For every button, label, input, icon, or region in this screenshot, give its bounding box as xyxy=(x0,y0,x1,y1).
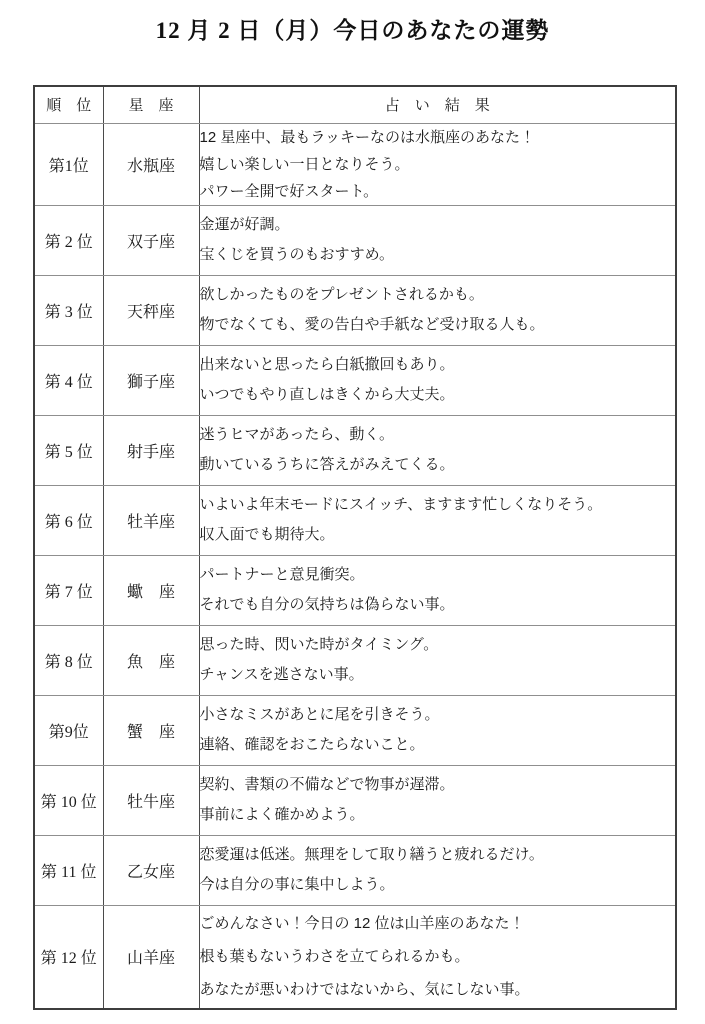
rank-cell: 第 7 位 xyxy=(34,555,103,625)
table-row: 第 6 位 牡羊座 いよいよ年末モードにスイッチ、ますます忙しくなりそう。 収入… xyxy=(34,485,676,555)
result-line: 欲しかったものをプレゼントされるかも。 xyxy=(200,280,676,310)
rank-cell: 第 11 位 xyxy=(34,835,103,905)
result-line: あなたが悪いわけではないから、気にしない事。 xyxy=(200,973,676,1006)
result-cell: 迷うヒマがあったら、動く。 動いているうちに答えがみえてくる。 xyxy=(199,415,676,485)
table-row: 第 5 位 射手座 迷うヒマがあったら、動く。 動いているうちに答えがみえてくる… xyxy=(34,415,676,485)
result-line: 収入面でも期待大。 xyxy=(200,520,676,550)
header-sign: 星 座 xyxy=(103,86,199,123)
sign-cell: 牡羊座 xyxy=(103,485,199,555)
rank-cell: 第9位 xyxy=(34,695,103,765)
fortune-table: 順 位 星 座 占 い 結 果 第1位 水瓶座 12 星座中、最もラッキーなのは… xyxy=(33,85,677,1010)
result-line: 12 星座中、最もラッキーなのは水瓶座のあなた！ xyxy=(200,124,676,151)
rank-cell: 第1位 xyxy=(34,123,103,205)
result-cell: 出来ないと思ったら白紙撤回もあり。 いつでもやり直しはきくから大丈夫。 xyxy=(199,345,676,415)
table-row: 第 7 位 蠍 座 パートナーと意見衝突。 それでも自分の気持ちは偽らない事。 xyxy=(34,555,676,625)
rank-cell: 第 5 位 xyxy=(34,415,103,485)
table-row: 第 11 位 乙女座 恋愛運は低迷。無理をして取り繕うと疲れるだけ。 今は自分の… xyxy=(34,835,676,905)
sign-cell: 獅子座 xyxy=(103,345,199,415)
sign-cell: 蠍 座 xyxy=(103,555,199,625)
result-line: それでも自分の気持ちは偽らない事。 xyxy=(200,590,676,620)
result-line: ごめんなさい！今日の 12 位は山羊座のあなた！ xyxy=(200,907,676,940)
result-line: 契約、書類の不備などで物事が遅滞。 xyxy=(200,770,676,800)
page-title: 12 月 2 日（月）今日のあなたの運勢 xyxy=(0,12,705,45)
result-cell: ごめんなさい！今日の 12 位は山羊座のあなた！ 根も葉もないうわさを立てられる… xyxy=(199,905,676,1009)
table-row: 第 3 位 天秤座 欲しかったものをプレゼントされるかも。 物でなくても、愛の告… xyxy=(34,275,676,345)
result-line: 小さなミスがあとに尾を引きそう。 xyxy=(200,700,676,730)
result-line: いつでもやり直しはきくから大丈夫。 xyxy=(200,380,676,410)
header-rank: 順 位 xyxy=(34,86,103,123)
rank-cell: 第 10 位 xyxy=(34,765,103,835)
result-cell: 12 星座中、最もラッキーなのは水瓶座のあなた！ 嬉しい楽しい一日となりそう。 … xyxy=(199,123,676,205)
rank-cell: 第 12 位 xyxy=(34,905,103,1009)
result-line: 迷うヒマがあったら、動く。 xyxy=(200,420,676,450)
result-line: いよいよ年末モードにスイッチ、ますます忙しくなりそう。 xyxy=(200,490,676,520)
header-result: 占 い 結 果 xyxy=(199,86,676,123)
result-line: 根も葉もないうわさを立てられるかも。 xyxy=(200,940,676,973)
result-line: 思った時、閃いた時がタイミング。 xyxy=(200,630,676,660)
fortune-page: 12 月 2 日（月）今日のあなたの運勢 順 位 星 座 占 い 結 果 第1位… xyxy=(0,0,705,1024)
table-header-row: 順 位 星 座 占 い 結 果 xyxy=(34,86,676,123)
rank-cell: 第 4 位 xyxy=(34,345,103,415)
rank-cell: 第 6 位 xyxy=(34,485,103,555)
table-row: 第 12 位 山羊座 ごめんなさい！今日の 12 位は山羊座のあなた！ 根も葉も… xyxy=(34,905,676,1009)
result-line: 動いているうちに答えがみえてくる。 xyxy=(200,450,676,480)
rank-cell: 第 8 位 xyxy=(34,625,103,695)
sign-cell: 魚 座 xyxy=(103,625,199,695)
result-line: 恋愛運は低迷。無理をして取り繕うと疲れるだけ。 xyxy=(200,840,676,870)
result-line: 宝くじを買うのもおすすめ。 xyxy=(200,240,676,270)
sign-cell: 山羊座 xyxy=(103,905,199,1009)
table-row: 第 4 位 獅子座 出来ないと思ったら白紙撤回もあり。 いつでもやり直しはきくか… xyxy=(34,345,676,415)
result-line: 出来ないと思ったら白紙撤回もあり。 xyxy=(200,350,676,380)
result-line: 事前によく確かめよう。 xyxy=(200,800,676,830)
result-cell: 金運が好調。 宝くじを買うのもおすすめ。 xyxy=(199,205,676,275)
result-line: 金運が好調。 xyxy=(200,210,676,240)
result-cell: 小さなミスがあとに尾を引きそう。 連絡、確認をおこたらないこと。 xyxy=(199,695,676,765)
result-cell: 思った時、閃いた時がタイミング。 チャンスを逃さない事。 xyxy=(199,625,676,695)
result-cell: パートナーと意見衝突。 それでも自分の気持ちは偽らない事。 xyxy=(199,555,676,625)
result-line: 今は自分の事に集中しよう。 xyxy=(200,870,676,900)
sign-cell: 乙女座 xyxy=(103,835,199,905)
table-row: 第9位 蟹 座 小さなミスがあとに尾を引きそう。 連絡、確認をおこたらないこと。 xyxy=(34,695,676,765)
table-row: 第 10 位 牡牛座 契約、書類の不備などで物事が遅滞。 事前によく確かめよう。 xyxy=(34,765,676,835)
table-row: 第 8 位 魚 座 思った時、閃いた時がタイミング。 チャンスを逃さない事。 xyxy=(34,625,676,695)
result-line: 連絡、確認をおこたらないこと。 xyxy=(200,730,676,760)
result-cell: いよいよ年末モードにスイッチ、ますます忙しくなりそう。 収入面でも期待大。 xyxy=(199,485,676,555)
sign-cell: 蟹 座 xyxy=(103,695,199,765)
result-line: パートナーと意見衝突。 xyxy=(200,560,676,590)
result-cell: 契約、書類の不備などで物事が遅滞。 事前によく確かめよう。 xyxy=(199,765,676,835)
sign-cell: 水瓶座 xyxy=(103,123,199,205)
sign-cell: 射手座 xyxy=(103,415,199,485)
sign-cell: 牡牛座 xyxy=(103,765,199,835)
result-line: パワー全開で好スタート。 xyxy=(200,178,676,205)
result-cell: 恋愛運は低迷。無理をして取り繕うと疲れるだけ。 今は自分の事に集中しよう。 xyxy=(199,835,676,905)
result-line: 物でなくても、愛の告白や手紙など受け取る人も。 xyxy=(200,310,676,340)
result-line: 嬉しい楽しい一日となりそう。 xyxy=(200,151,676,178)
table-row: 第1位 水瓶座 12 星座中、最もラッキーなのは水瓶座のあなた！ 嬉しい楽しい一… xyxy=(34,123,676,205)
sign-cell: 双子座 xyxy=(103,205,199,275)
rank-cell: 第 3 位 xyxy=(34,275,103,345)
sign-cell: 天秤座 xyxy=(103,275,199,345)
rank-cell: 第 2 位 xyxy=(34,205,103,275)
result-line: チャンスを逃さない事。 xyxy=(200,660,676,690)
result-cell: 欲しかったものをプレゼントされるかも。 物でなくても、愛の告白や手紙など受け取る… xyxy=(199,275,676,345)
table-row: 第 2 位 双子座 金運が好調。 宝くじを買うのもおすすめ。 xyxy=(34,205,676,275)
